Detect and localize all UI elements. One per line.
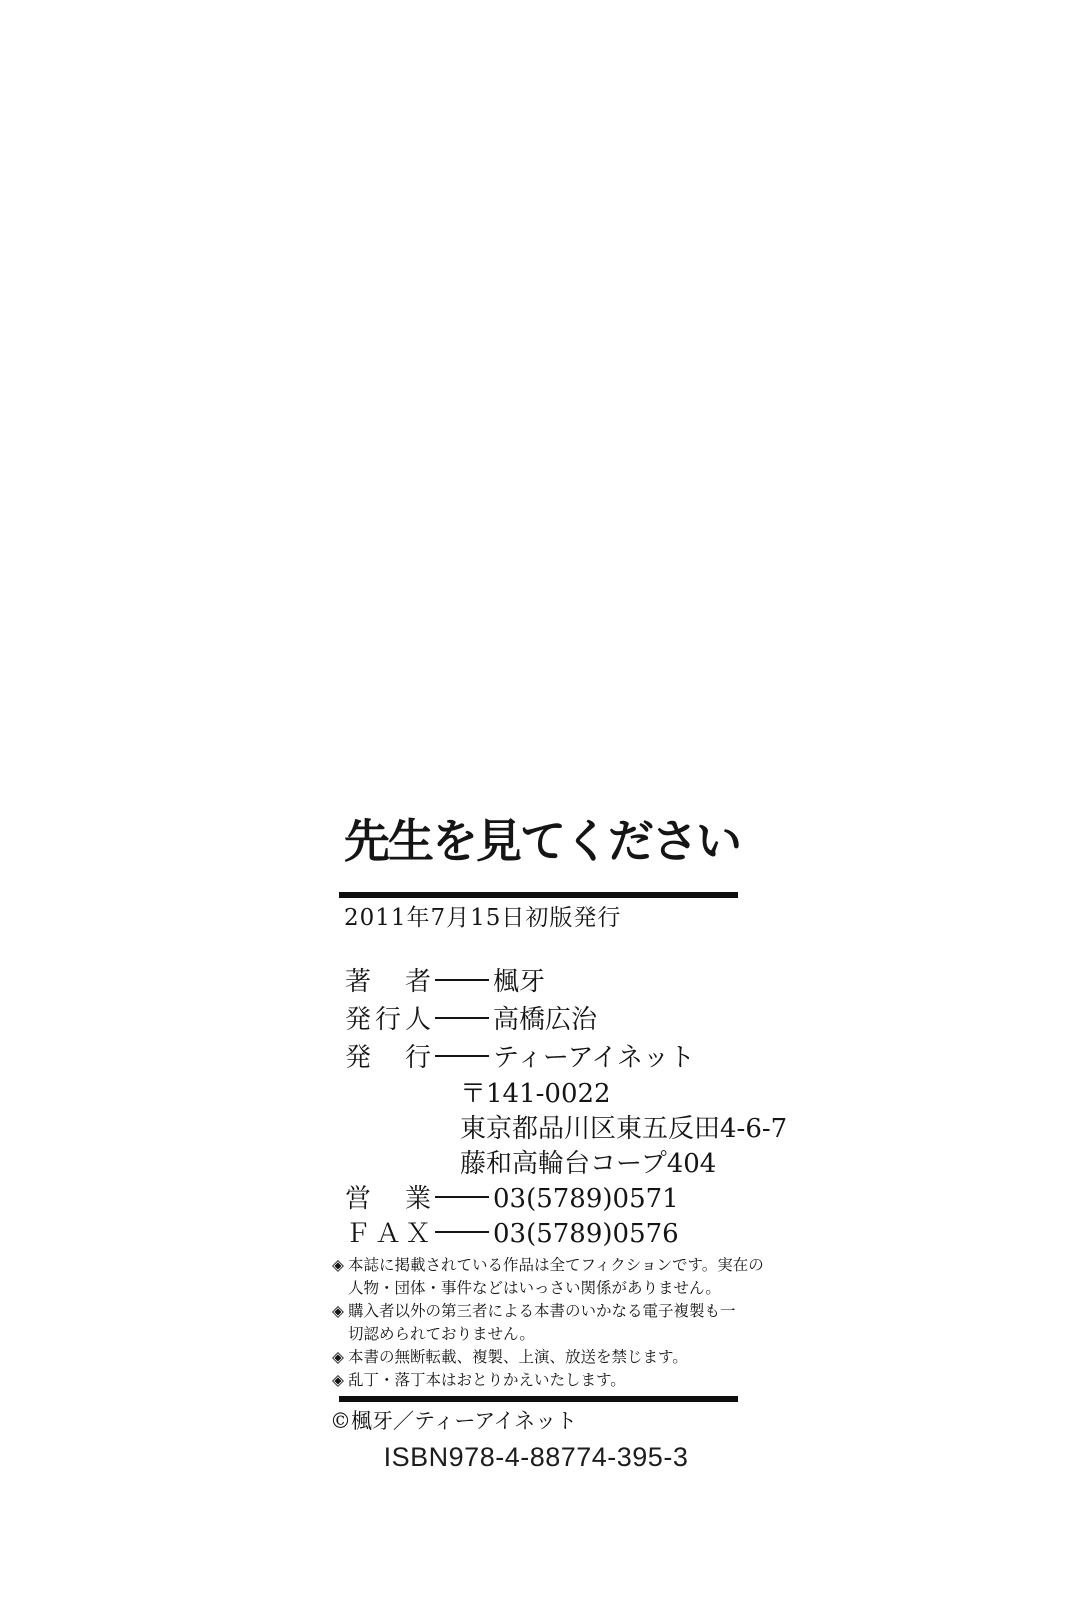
dash-line <box>435 1055 489 1057</box>
notice-defective-copies-text: 乱丁・落丁本はおとりかえいたします。 <box>348 1371 626 1389</box>
title-rule <box>339 892 738 898</box>
publisher-person-value: 高橋広治 <box>493 1005 597 1035</box>
isbn: ISBN978-4-88774-395-3 <box>330 1442 742 1473</box>
notice-fiction: ◈本誌に掲載されている作品は全てフィクションです。実在の <box>332 1254 742 1277</box>
copyright-line: ©楓牙／ティーアイネット <box>330 1408 742 1434</box>
address-line-1: 東京都品川区東五反田4-6-7 <box>345 1112 742 1147</box>
sales-label: 営 業 <box>345 1182 431 1217</box>
notice-digital-copy-line-1: 購入者以外の第三者による本書のいかなる電子複製も一 <box>348 1302 736 1320</box>
dash-line <box>435 979 489 981</box>
bottom-rule <box>339 1396 738 1402</box>
publication-info: 著 者楓牙 発行人高橋広治 発 行ティーアイネット 〒141-0022 東京都品… <box>345 963 742 1252</box>
author-value: 楓牙 <box>493 967 545 997</box>
author-row: 著 者楓牙 <box>345 963 742 1001</box>
sales-phone: 03(5789)0571 <box>493 1184 679 1214</box>
fax-label: ＦＡＸ <box>345 1217 431 1252</box>
notice-digital-copy: ◈購入者以外の第三者による本書のいかなる電子複製も一 <box>332 1300 742 1323</box>
diamond-bullet-icon: ◈ <box>332 1254 348 1277</box>
publisher-value: ティーアイネット <box>493 1043 695 1073</box>
publisher-person-row: 発行人高橋広治 <box>345 1001 742 1039</box>
dash-line <box>435 1196 489 1198</box>
notice-digital-copy-line-2: 切認められておりません。 <box>332 1323 742 1346</box>
author-label: 著 者 <box>345 963 431 1001</box>
notice-defective-copies: ◈乱丁・落丁本はおとりかえいたします。 <box>332 1369 742 1392</box>
sales-phone-row: 営 業03(5789)0571 <box>345 1182 742 1217</box>
notice-reproduction: ◈本書の無断転載、複製、上演、放送を禁じます。 <box>332 1346 742 1369</box>
diamond-bullet-icon: ◈ <box>332 1300 348 1323</box>
book-title: 先生を見てください <box>344 812 742 870</box>
fax-row: ＦＡＸ03(5789)0576 <box>345 1217 742 1252</box>
publisher-row: 発 行ティーアイネット <box>345 1039 742 1077</box>
diamond-bullet-icon: ◈ <box>332 1346 348 1369</box>
publisher-label: 発 行 <box>345 1039 431 1077</box>
dash-line <box>435 1231 489 1233</box>
postal-code: 〒141-0022 <box>345 1077 742 1112</box>
notice-reproduction-text: 本書の無断転載、複製、上演、放送を禁じます。 <box>348 1348 688 1366</box>
fax-number: 03(5789)0576 <box>493 1219 679 1249</box>
notice-fiction-line-1: 本誌に掲載されている作品は全てフィクションです。実在の <box>348 1256 764 1274</box>
edition-date: 2011年7月15日初版発行 <box>344 903 742 933</box>
colophon-page: 先生を見てください 2011年7月15日初版発行 著 者楓牙 発行人高橋広治 発… <box>0 0 1090 1600</box>
notice-fiction-line-2: 人物・団体・事件などはいっさい関係がありません。 <box>332 1277 742 1300</box>
legal-notices: ◈本誌に掲載されている作品は全てフィクションです。実在の 人物・団体・事件などは… <box>332 1254 742 1392</box>
colophon-block: 先生を見てください 2011年7月15日初版発行 著 者楓牙 発行人高橋広治 発… <box>330 812 742 1473</box>
diamond-bullet-icon: ◈ <box>332 1369 348 1392</box>
publisher-person-label: 発行人 <box>345 1001 431 1039</box>
address-line-2: 藤和高輪台コープ404 <box>345 1147 742 1182</box>
dash-line <box>435 1017 489 1019</box>
